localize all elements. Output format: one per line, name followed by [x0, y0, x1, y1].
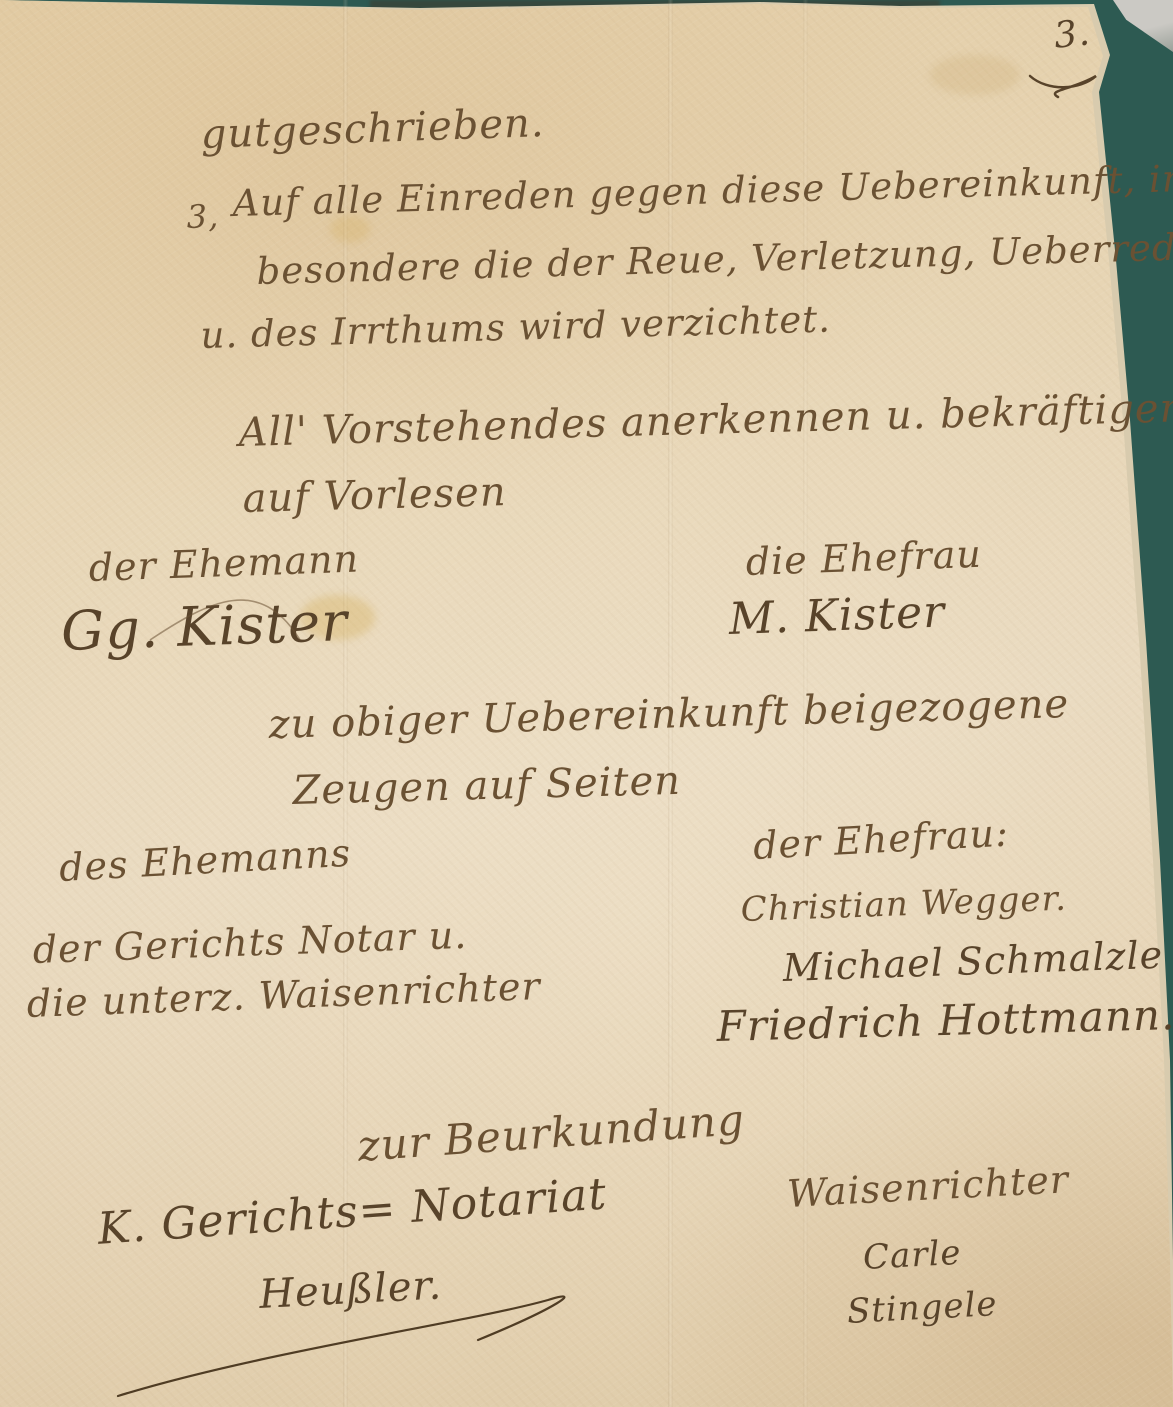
page-number: 3. [1052, 12, 1092, 57]
husband-signature: Gg. Kister [60, 590, 349, 663]
affirmation-line-2: auf Vorlesen [242, 469, 507, 522]
husband-label: der Ehemann [88, 537, 360, 590]
photographed-document-scene: 3. gutgeschrieben. 3, Auf alle Einreden … [0, 0, 1173, 1407]
wife-signature: M. Kister [728, 586, 946, 645]
waisenrichter-signature-stingele: Stingele [846, 1284, 998, 1332]
waisenrichter-signature-carle: Carle [862, 1233, 963, 1278]
wife-label: die Ehefrau [745, 532, 983, 584]
notary-signature: Heußler. [258, 1262, 443, 1318]
background-page-corner [1113, 0, 1173, 52]
clause-3-marker: 3, [186, 197, 220, 236]
